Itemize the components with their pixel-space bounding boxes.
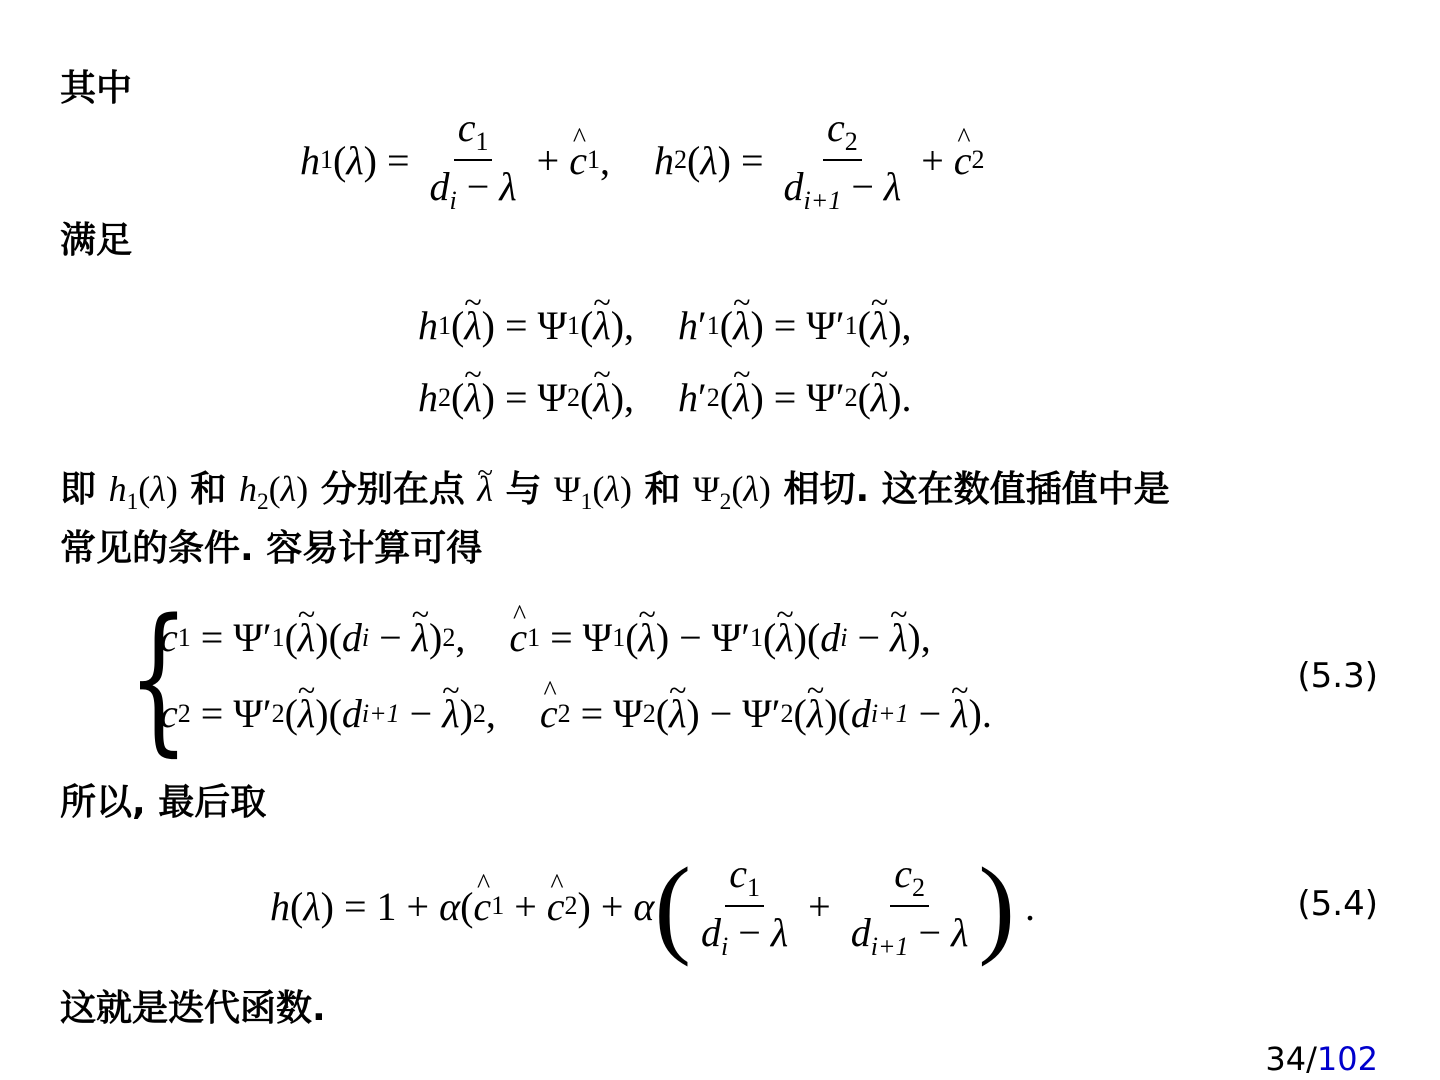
page-counter: 34/102 bbox=[1265, 1040, 1378, 1078]
equation-h-definitions: h1(λ) = c1di − λ + c1, h2(λ) = c2di+1 − … bbox=[300, 104, 985, 216]
paragraph-line-2: 常见的条件. 容易计算可得 bbox=[60, 520, 482, 578]
satisfy-label: 满足 bbox=[60, 212, 132, 270]
equation-system-row1: c1 = Ψ′1(λ)(di − λ)2, c1 = Ψ1(λ) − Ψ′1(λ… bbox=[160, 614, 931, 661]
therefore-label: 所以, 最后取 bbox=[60, 774, 266, 832]
equation-conditions-row1: h1(λ) = Ψ1(λ), h′1(λ) = Ψ′1(λ), bbox=[418, 302, 912, 349]
equation-number-5-4: (5.4) bbox=[1297, 884, 1378, 924]
current-page: 34/ bbox=[1265, 1040, 1317, 1078]
intro-label: 其中 bbox=[60, 60, 132, 118]
total-pages-link[interactable]: 102 bbox=[1317, 1040, 1378, 1078]
equation-system-row2: c2 = Ψ′2(λ)(di+1 − λ)2, c2 = Ψ2(λ) − Ψ′2… bbox=[160, 690, 992, 737]
equation-final: h(λ) = 1 + α(c1 + c2) + α ( c1di − λ + c… bbox=[270, 850, 1035, 962]
conclusion-text: 这就是迭代函数. bbox=[60, 980, 326, 1038]
equation-number-5-3: (5.3) bbox=[1297, 656, 1378, 696]
equation-conditions-row2: h2(λ) = Ψ2(λ), h′2(λ) = Ψ′2(λ). bbox=[418, 374, 912, 421]
